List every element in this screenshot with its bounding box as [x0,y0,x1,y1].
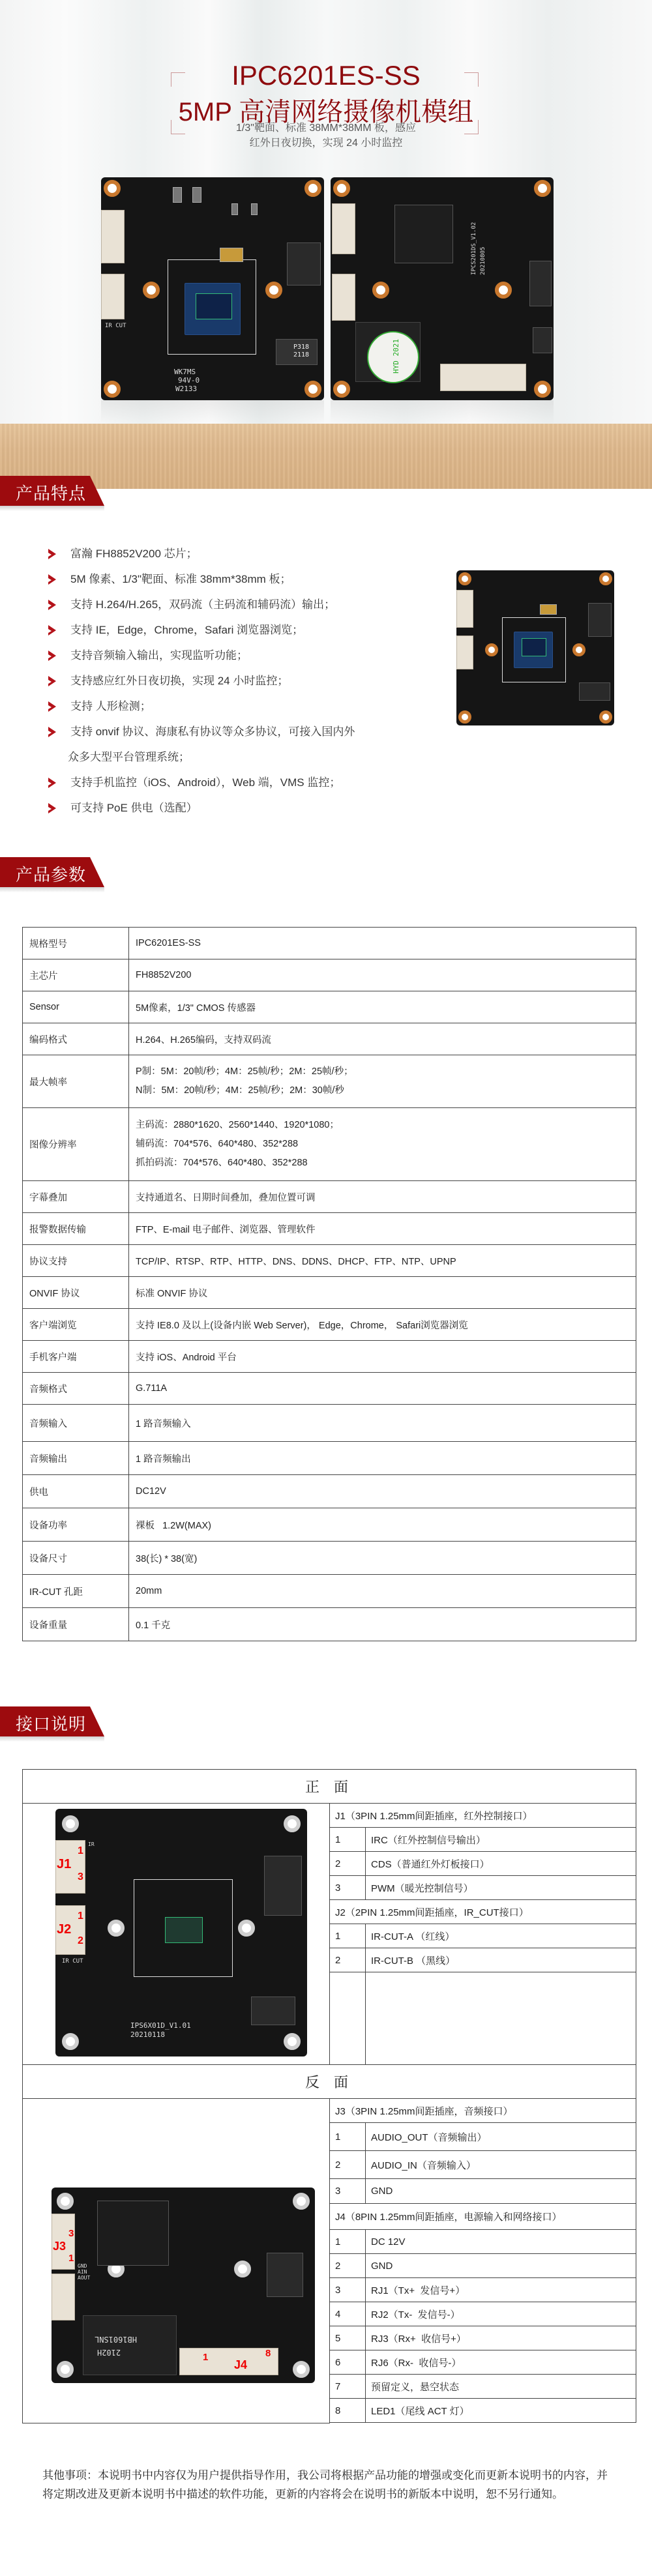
pin-number: 2 [330,1948,366,1972]
spec-table: 规格型号IPC6201ES-SS 主芯片FH8852V200 Sensor5M像… [22,927,636,1641]
pin-number: 2 [330,2151,366,2179]
pin-number: 1 [330,1828,366,1852]
pin-callout: 8 [265,2348,271,2359]
pin-number: 3 [330,1876,366,1900]
board-marking: WK7MS [174,368,196,376]
disclaimer-note: 其他事项：本说明书中内容仅为用户提供指导作用，我公司将根据产品功能的增强或变化而… [42,2466,616,2504]
pin-callout: 1 [203,2352,208,2363]
section-header-features: 产品特点 [0,476,111,506]
table-row: 编码格式H.264、H.265编码，支持双码流 [23,1023,636,1055]
board-marking: IR [88,1840,95,1849]
board-marking: 94V-0 [178,376,200,385]
pcb-reflection [101,400,324,424]
board-marking: 2102H [97,2348,121,2356]
table-row: 设备重量0.1 千克 [23,1608,636,1641]
table-row: 手机客户端支持 iOS、Android 平台 [23,1341,636,1373]
table-row: 最大帧率P制：5M：20帧/秒；4M：25帧/秒；2M：25帧/秒；N制：5M：… [23,1055,636,1108]
connector-label-j2: J2 [57,1922,71,1937]
pin-number: 6 [330,2350,366,2375]
pin-description: LED1（尾线 ACT 灯） [366,2399,636,2423]
pin-description: DC 12V [366,2230,636,2254]
table-row: 音频输出1 路音频输出 [23,1442,636,1475]
table-row: 客户端浏览支持 IE8.0 及以上(设备内嵌 Web Server)， Edge… [23,1309,636,1341]
board-marking: 20210118 [130,2030,165,2039]
bullet-arrow-icon [48,549,56,559]
feature-item: 支持手机监控（iOS、Android），Web 端，VMS 监控； [48,770,426,795]
pin-number: 1 [330,2230,366,2254]
board-marking: W2133 [175,385,197,393]
table-row: 音频输入1 路音频输入 [23,1405,636,1442]
model-title: IPC6201ES-SS [0,60,652,91]
pin-description: GND [366,2179,636,2204]
pin-callout: 3 [78,1871,83,1883]
feature-item: 支持音频输入输出，实现监听功能； [48,643,426,668]
connector-label-j3: J3 [53,2240,66,2253]
connector-header-j1: J1（3PIN 1.25mm间距插座，红外控制接口） [330,1804,636,1828]
feature-item: 支持 H.264/H.265，双码流（主码流和辅码流）输出； [48,592,426,617]
pin-number: 3 [330,2179,366,2204]
pin-description: RJ2（Tx- 发信号-） [366,2302,636,2326]
connector-header-j4: J4（8PIN 1.25mm间距插座，电源输入和网络接口） [330,2204,636,2230]
feature-list: 富瀚 FH8852V200 芯片； 5M 像素、1/3"靶面、标准 38mm*3… [48,541,426,821]
pin-callout: 1 [68,2253,74,2264]
board-marking: IPS6X01D_V1.01 [130,2021,191,2030]
pin-description: RJ6（Rx- 收信号-） [366,2350,636,2375]
pin-callout: 1 [78,1910,83,1922]
table-row: 设备尺寸38(长) * 38(宽) [23,1542,636,1575]
feature-item-continued: 众多大型平台管理系统； [48,744,426,770]
back-board-cell: 3 J3 1 1 J4 8 GND AIN AOUT HB1601SNL 210… [23,2099,330,2423]
board-marking: 2118 [293,351,309,359]
pin-description: IR-CUT-A （红线） [366,1924,636,1948]
pin-number: 4 [330,2302,366,2326]
table-row: 协议支持TCP/IP、RTSP、RTP、HTTP、DNS、DDNS、DHCP、F… [23,1245,636,1277]
bullet-arrow-icon [48,600,56,610]
bullet-arrow-icon [48,676,56,686]
hero-banner: IPC6201ES-SS 5MP 高清网络摄像机模组 1/3"靶面、标准 38M… [0,0,652,424]
pin-description: RJ3（Rx+ 收信号+） [366,2326,636,2350]
connector-label-j4: J4 [234,2358,247,2372]
section-title: 接口说明 [16,1711,86,1735]
board-marking: 20210805 [479,247,488,275]
table-row: Sensor5M像素，1/3" CMOS 传感器 [23,991,636,1023]
feature-item: 5M 像素、1/3"靶面、标准 38mm*38mm 板； [48,566,426,592]
hero-subtitle: 1/3"靶面、标准 38MM*38MM 板，感应 [0,119,652,134]
pcb-front-thumbnail [456,570,614,725]
section-title: 产品特点 [16,480,86,505]
pin-description: AUDIO_IN（音频输入） [366,2151,636,2179]
pin-description: GND [366,2254,636,2278]
pin-description: AUDIO_OUT（音频输出） [366,2123,636,2151]
pcb-front-image: IR CUT WK7MS 94V-0 W2133 P318 2118 [101,177,324,400]
bullet-arrow-icon [48,574,56,585]
pin-number: 5 [330,2326,366,2350]
pin-number: 3 [330,2278,366,2302]
pin-description: CDS（普通红外灯板接口） [366,1852,636,1876]
pin-description: PWM（暖光控制信号） [366,1876,636,1900]
board-marking: AIN [78,2269,87,2275]
pin-description: RJ1（Tx+ 发信号+） [366,2278,636,2302]
board-marking: IR CUT [62,1957,83,1966]
board-marking: IPCS201DS_V1.02 [470,222,479,275]
pin-callout: 1 [78,1845,83,1857]
connector-header-j2: J2（2PIN 1.25mm间距插座，IR_CUT接口） [330,1900,636,1924]
feature-item: 支持 人形检测； [48,694,426,719]
table-row: 供电DC12V [23,1475,636,1508]
connector-label-j1: J1 [57,1857,71,1872]
pin-description: IR-CUT-B （黑线） [366,1948,636,1972]
feature-item: 支持 IE，Edge，Chrome，Safari 浏览器浏览； [48,617,426,643]
pin-number: 8 [330,2399,366,2423]
section-header-interface: 接口说明 [0,1706,111,1736]
board-marking: HYD 2021 [392,339,400,373]
pin-number: 7 [330,2375,366,2399]
back-side-title: 反 面 [23,2065,636,2099]
board-marking: AOUT [78,2275,90,2281]
bullet-arrow-icon [48,727,56,737]
table-row: 图像分辨率主码流：2880*1620、2560*1440、1920*1080；辅… [23,1108,636,1181]
table-row: 报警数据传输FTP、E-mail 电子邮件、浏览器、管理软件 [23,1213,636,1245]
interface-table: 正 面 1 J1 3 1 J2 2 IR IR CUT IPS6 [22,1769,636,2423]
section-title: 产品参数 [16,862,86,886]
feature-item: 富瀚 FH8852V200 芯片； [48,541,426,566]
pcb-back-image: IPCS201DS_V1.02 20210805 HYD 2021 [331,177,554,400]
pcb-reflection [331,400,554,424]
bullet-arrow-icon [48,778,56,788]
front-side-title: 正 面 [23,1770,636,1804]
pin-number: 2 [330,1852,366,1876]
pin-number: 1 [330,1924,366,1948]
pin-callout: 2 [78,1935,83,1947]
feature-item: 支持 onvif 协议、海康私有协议等众多协议，可接入国内外 [48,719,426,744]
bullet-arrow-icon [48,701,56,712]
section-header-specs: 产品参数 [0,857,111,887]
table-row: 主芯片FH8852V200 [23,959,636,991]
pin-number: 1 [330,2123,366,2151]
board-marking: IR CUT [105,322,126,330]
table-row: ONVIF 协议标准 ONVIF 协议 [23,1277,636,1309]
table-row: 设备功率裸板 1.2W(MAX) [23,1508,636,1542]
pin-callout: 3 [68,2228,74,2239]
feature-item: 支持感应红外日夜切换，实现 24 小时监控； [48,668,426,694]
front-board-cell: 1 J1 3 1 J2 2 IR IR CUT IPS6X01D_V1.01 2… [23,1804,330,2065]
table-row: IR-CUT 孔距20mm [23,1575,636,1608]
connector-header-j3: J3（3PIN 1.25mm间距插座，音频接口） [330,2099,636,2123]
table-row: 音频格式G.711A [23,1373,636,1405]
hero-subtitle: 红外日夜切换，实现 24 小时监控 [0,134,652,149]
pin-description: 预留定义，悬空状态 [366,2375,636,2399]
feature-item: 可支持 PoE 供电（选配） [48,795,426,821]
table-row: 规格型号IPC6201ES-SS [23,928,636,959]
bullet-arrow-icon [48,625,56,636]
bullet-arrow-icon [48,803,56,813]
table-row: 字幕叠加支持通道名、日期时间叠加，叠加位置可调 [23,1181,636,1213]
board-marking: GND [78,2263,87,2269]
pin-number: 2 [330,2254,366,2278]
pcb-front-pinout-image: 1 J1 3 1 J2 2 IR IR CUT IPS6X01D_V1.01 2… [55,1809,307,2056]
board-marking: HB1601SNL [95,2335,137,2343]
pin-description: IRC（红外控制信号输出） [366,1828,636,1852]
pcb-back-pinout-image: 3 J3 1 1 J4 8 GND AIN AOUT HB1601SNL 210… [52,2188,315,2383]
bullet-arrow-icon [48,651,56,661]
